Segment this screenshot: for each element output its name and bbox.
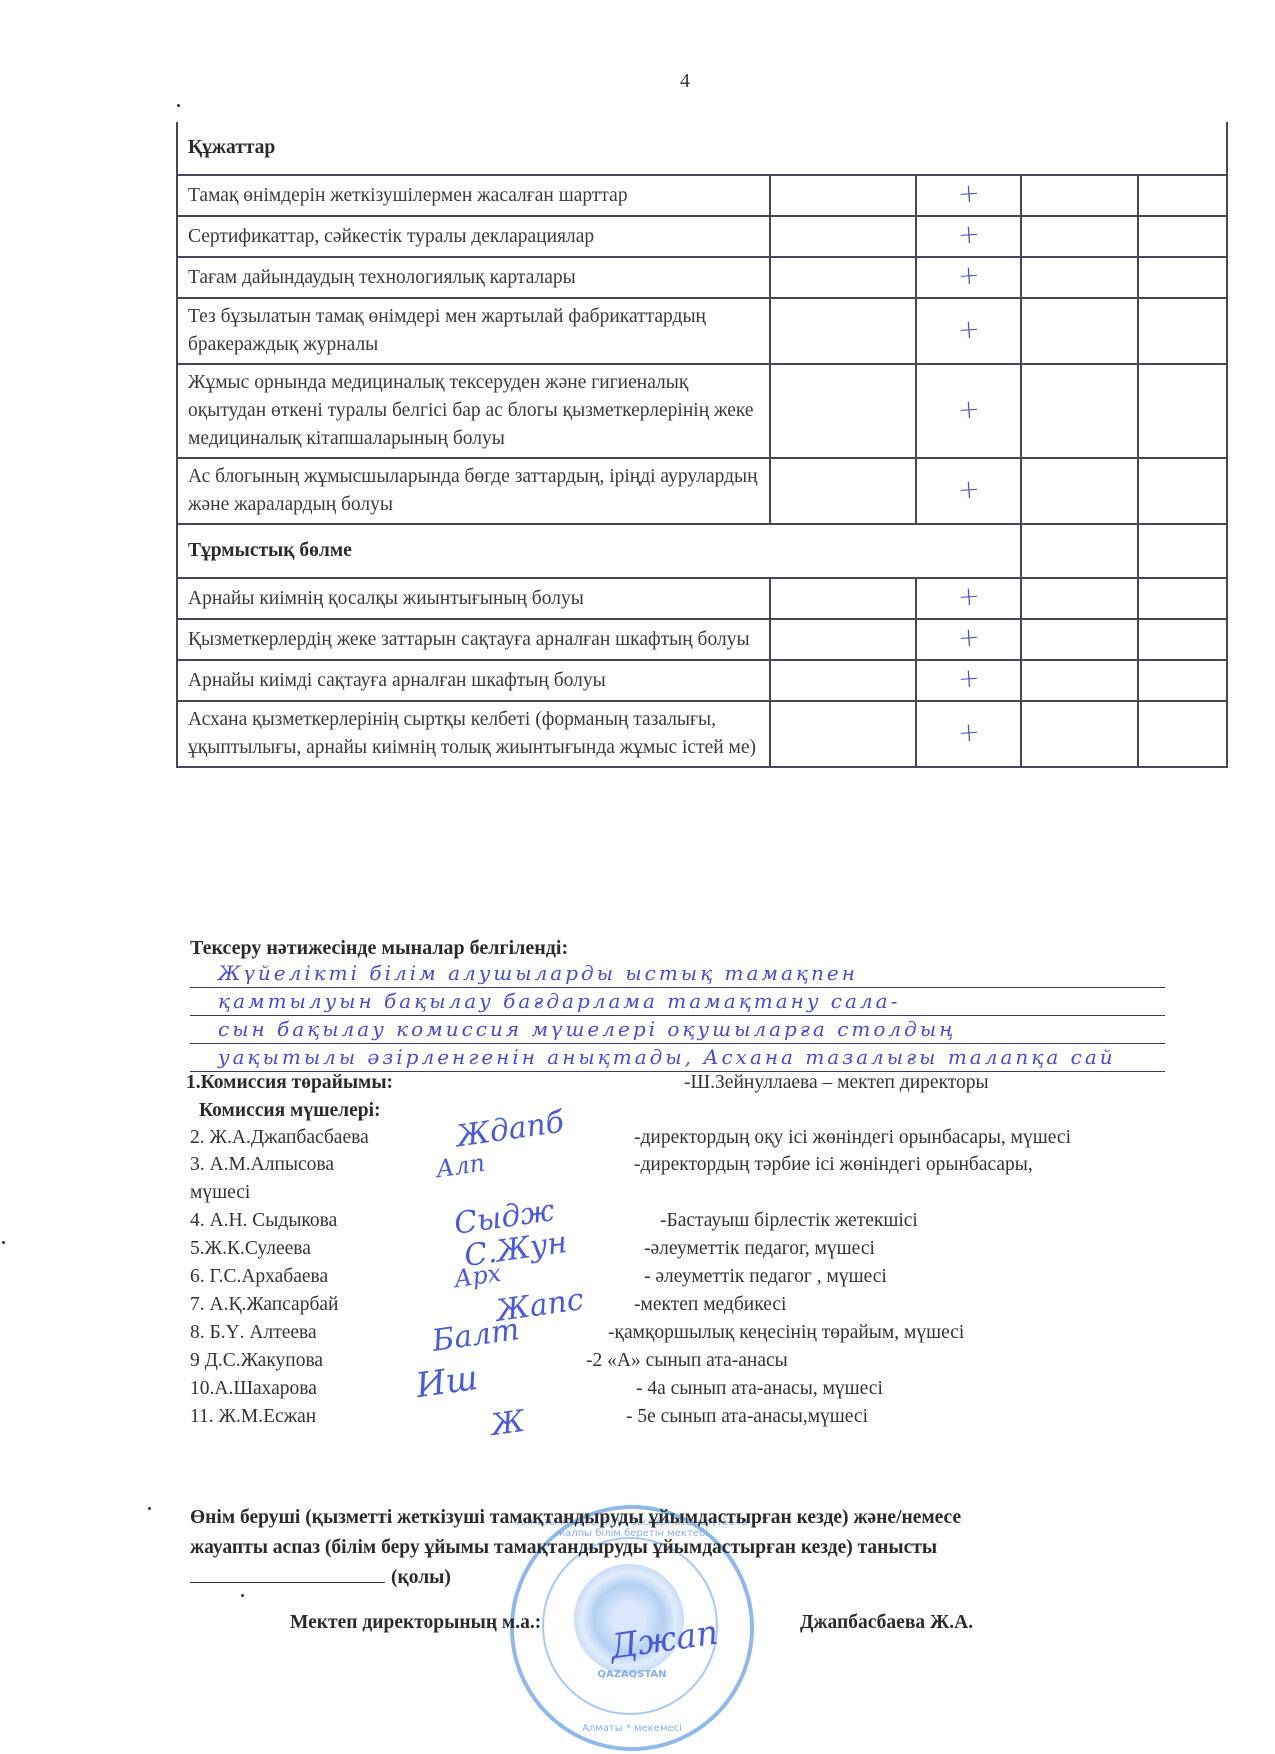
acknowledgement-line-1: Өнім беруші (қызметті жеткізуші тамақтан… bbox=[190, 1503, 961, 1533]
empty-cell bbox=[1138, 257, 1227, 298]
empty-cell bbox=[1138, 175, 1227, 216]
stamp-bottom-text: Алматы * мекемесі bbox=[514, 1723, 750, 1734]
member-role: -әлеуметтік педагог, мүшесі bbox=[644, 1238, 875, 1260]
scan-speck bbox=[148, 1507, 151, 1510]
empty-cell bbox=[1138, 364, 1227, 458]
signature-eszhan: Ж bbox=[489, 1404, 527, 1443]
empty-cell bbox=[1021, 619, 1138, 660]
member-name: 10.А.Шахарова bbox=[190, 1378, 317, 1400]
empty-cell bbox=[1021, 578, 1138, 619]
item-label: Жұмыс орнында медициналық тексеруден жән… bbox=[177, 364, 770, 458]
item-label: Тез бұзылатын тамақ өнімдері мен жартыла… bbox=[177, 298, 770, 364]
member-name: 2. Ж.А.Джапбасбаева bbox=[190, 1127, 369, 1149]
member-role: -Бастауыш бірлестік жетекшісі bbox=[660, 1210, 918, 1232]
empty-cell bbox=[770, 458, 916, 524]
member-role: -2 «А» сынып ата-анасы bbox=[586, 1350, 788, 1372]
signature-dzhapbasbaeva: Ждапб bbox=[454, 1105, 566, 1155]
item-label: Арнайы киімді сақтауға арналған шкафтың … bbox=[177, 660, 770, 701]
section-row: Құжаттар bbox=[177, 122, 1227, 175]
member-name: 11. Ж.М.Есжан bbox=[190, 1406, 316, 1428]
commission-chair-label: 1.Комиссия төрайымы: bbox=[186, 1072, 393, 1094]
signature-shakharova: Иш bbox=[414, 1358, 481, 1406]
acknowledgement-line-2: жауапты аспаз (білім беру ұйымы тамақтан… bbox=[190, 1533, 961, 1563]
signature-field: (қолы) bbox=[190, 1563, 961, 1593]
checklist-row: Қызметкерлердің жеке заттарын сақтауға а… bbox=[177, 619, 1227, 660]
empty-cell bbox=[1138, 524, 1227, 578]
member-role: - 4а сынып ата-анасы, мүшесі bbox=[636, 1378, 883, 1400]
handwritten-line: сын бақылау комиссия мүшелері оқушыларға… bbox=[190, 1016, 1165, 1044]
member-role: -директордың тәрбие ісі жөніндегі орынба… bbox=[634, 1154, 1033, 1176]
mark-cell: + bbox=[916, 175, 1020, 216]
checklist-row: Жұмыс орнында медициналық тексеруден жән… bbox=[177, 364, 1227, 458]
mark-cell: + bbox=[916, 458, 1020, 524]
signature-alteeva: Балт bbox=[430, 1312, 522, 1359]
checklist-row: Тез бұзылатын тамақ өнімдері мен жартыла… bbox=[177, 298, 1227, 364]
stamp-center-text: QAZAQSTAN bbox=[514, 1669, 750, 1680]
item-label: Арнайы киімнің қосалқы жиынтығының болуы bbox=[177, 578, 770, 619]
member-name: 8. Б.Ү. Алтеева bbox=[190, 1322, 317, 1344]
handwritten-plus-mark: + bbox=[957, 475, 981, 504]
empty-cell bbox=[1021, 524, 1138, 578]
empty-cell bbox=[1138, 660, 1227, 701]
handwritten-line: уақытылы әзірленгенін анықтады, Асхана т… bbox=[190, 1044, 1165, 1072]
mark-cell: + bbox=[916, 701, 1020, 767]
mark-cell: + bbox=[916, 660, 1020, 701]
empty-cell bbox=[770, 257, 916, 298]
section-title: Тұрмыстық бөлме bbox=[177, 524, 1021, 578]
checklist-row: Арнайы киімді сақтауға арналған шкафтың … bbox=[177, 660, 1227, 701]
member-name: 9 Д.С.Жакупова bbox=[190, 1350, 323, 1372]
handwritten-plus-mark: + bbox=[957, 664, 981, 693]
item-label: Сертификаттар, сәйкестік туралы декларац… bbox=[177, 216, 770, 257]
item-label: Тағам дайындаудың технологиялық карталар… bbox=[177, 257, 770, 298]
mark-cell: + bbox=[916, 578, 1020, 619]
mark-cell: + bbox=[916, 298, 1020, 364]
empty-cell bbox=[1138, 619, 1227, 660]
empty-cell bbox=[770, 298, 916, 364]
item-label: Асхана қызметкерлерінің сыртқы келбеті (… bbox=[177, 701, 770, 767]
handwritten-findings: Жүйелікті білім алушыларды ыстық тамақпе… bbox=[190, 960, 1165, 1072]
handwritten-plus-mark: + bbox=[957, 315, 981, 344]
empty-cell bbox=[1021, 175, 1138, 216]
member-role: -мектеп медбикесі bbox=[634, 1294, 786, 1316]
section-row: Тұрмыстық бөлме bbox=[177, 524, 1227, 578]
handwritten-plus-mark: + bbox=[957, 220, 981, 249]
empty-cell bbox=[770, 578, 916, 619]
item-label: Ас блогының жұмысшыларында бөгде заттард… bbox=[177, 458, 770, 524]
empty-cell bbox=[770, 660, 916, 701]
item-label: Қызметкерлердің жеке заттарын сақтауға а… bbox=[177, 619, 770, 660]
empty-cell bbox=[1138, 458, 1227, 524]
member-name: 7. А.Қ.Жапсарбай bbox=[190, 1294, 338, 1316]
empty-cell bbox=[1138, 216, 1227, 257]
director-name: Джапбасбаева Ж.А. bbox=[800, 1612, 973, 1634]
empty-cell bbox=[1138, 701, 1227, 767]
acknowledgement-block: Өнім беруші (қызметті жеткізуші тамақтан… bbox=[190, 1503, 961, 1593]
empty-cell bbox=[770, 216, 916, 257]
handwritten-plus-mark: + bbox=[957, 395, 981, 424]
empty-cell bbox=[1021, 660, 1138, 701]
checklist-row: Ас блогының жұмысшыларында бөгде заттард… bbox=[177, 458, 1227, 524]
signature-arkhabaeva: Арх bbox=[452, 1259, 503, 1293]
handwritten-plus-mark: + bbox=[957, 623, 981, 652]
scan-speck bbox=[177, 104, 180, 107]
empty-cell bbox=[1021, 364, 1138, 458]
checklist-row: Асхана қызметкерлерінің сыртқы келбеті (… bbox=[177, 701, 1227, 767]
member-name: мүшесі bbox=[190, 1182, 250, 1204]
member-role: -қамқоршылық кеңесінің төрайым, мүшесі bbox=[608, 1322, 964, 1344]
member-name: 6. Г.С.Архабаева bbox=[190, 1266, 328, 1288]
mark-cell: + bbox=[916, 619, 1020, 660]
empty-cell bbox=[1021, 216, 1138, 257]
empty-cell bbox=[1021, 458, 1138, 524]
inspection-checklist-table: ҚұжаттарТамақ өнімдерін жеткізушілермен … bbox=[176, 122, 1228, 768]
checklist-row: Сертификаттар, сәйкестік туралы декларац… bbox=[177, 216, 1227, 257]
empty-cell bbox=[1138, 578, 1227, 619]
empty-cell bbox=[1021, 701, 1138, 767]
signature-blank-line bbox=[190, 1564, 385, 1583]
handwritten-plus-mark: + bbox=[957, 261, 981, 290]
empty-cell bbox=[770, 364, 916, 458]
member-role: - 5е сынып ата-анасы,мүшесі bbox=[626, 1406, 868, 1428]
member-name: 5.Ж.К.Сулеева bbox=[190, 1238, 311, 1260]
mark-cell: + bbox=[916, 364, 1020, 458]
mark-cell: + bbox=[916, 216, 1020, 257]
empty-cell bbox=[1138, 298, 1227, 364]
director-label: Мектеп директорының м.а.: bbox=[290, 1612, 541, 1634]
handwritten-line: Жүйелікті білім алушыларды ыстық тамақпе… bbox=[190, 960, 1165, 988]
empty-cell bbox=[770, 701, 916, 767]
signature-alpysova: Алп bbox=[434, 1149, 486, 1184]
mark-cell: + bbox=[916, 257, 1020, 298]
checklist-row: Тамақ өнімдерін жеткізушілермен жасалған… bbox=[177, 175, 1227, 216]
member-role: -директордың оқу ісі жөніндегі орынбасар… bbox=[634, 1127, 1071, 1149]
empty-cell bbox=[770, 175, 916, 216]
empty-cell bbox=[770, 619, 916, 660]
signature-caption: (қолы) bbox=[391, 1567, 451, 1588]
handwritten-plus-mark: + bbox=[957, 718, 981, 747]
scan-speck bbox=[241, 1594, 244, 1597]
checklist-row: Тағам дайындаудың технологиялық карталар… bbox=[177, 257, 1227, 298]
member-name: 3. А.М.Алпысова bbox=[190, 1154, 334, 1176]
page-number: 4 bbox=[680, 70, 690, 93]
handwritten-plus-mark: + bbox=[957, 582, 981, 611]
scan-speck bbox=[2, 1241, 5, 1244]
handwritten-plus-mark: + bbox=[957, 179, 981, 208]
commission-members-label: Комиссия мүшелері: bbox=[199, 1100, 381, 1122]
member-name: 4. А.Н. Сыдыкова bbox=[190, 1210, 337, 1232]
checklist-row: Арнайы киімнің қосалқы жиынтығының болуы… bbox=[177, 578, 1227, 619]
member-role: - әлеуметтік педагог , мүшесі bbox=[644, 1266, 887, 1288]
commission-chair-value: -Ш.Зейнуллаева – мектеп директоры bbox=[684, 1072, 989, 1094]
handwritten-line: қамтылуын бақылау бағдарлама тамақтану с… bbox=[190, 988, 1165, 1016]
empty-cell bbox=[1021, 257, 1138, 298]
item-label: Тамақ өнімдерін жеткізушілермен жасалған… bbox=[177, 175, 770, 216]
findings-heading: Тексеру нәтижесінде мыналар белгіленді: bbox=[190, 937, 568, 960]
section-title: Құжаттар bbox=[177, 122, 1227, 175]
empty-cell bbox=[1021, 298, 1138, 364]
